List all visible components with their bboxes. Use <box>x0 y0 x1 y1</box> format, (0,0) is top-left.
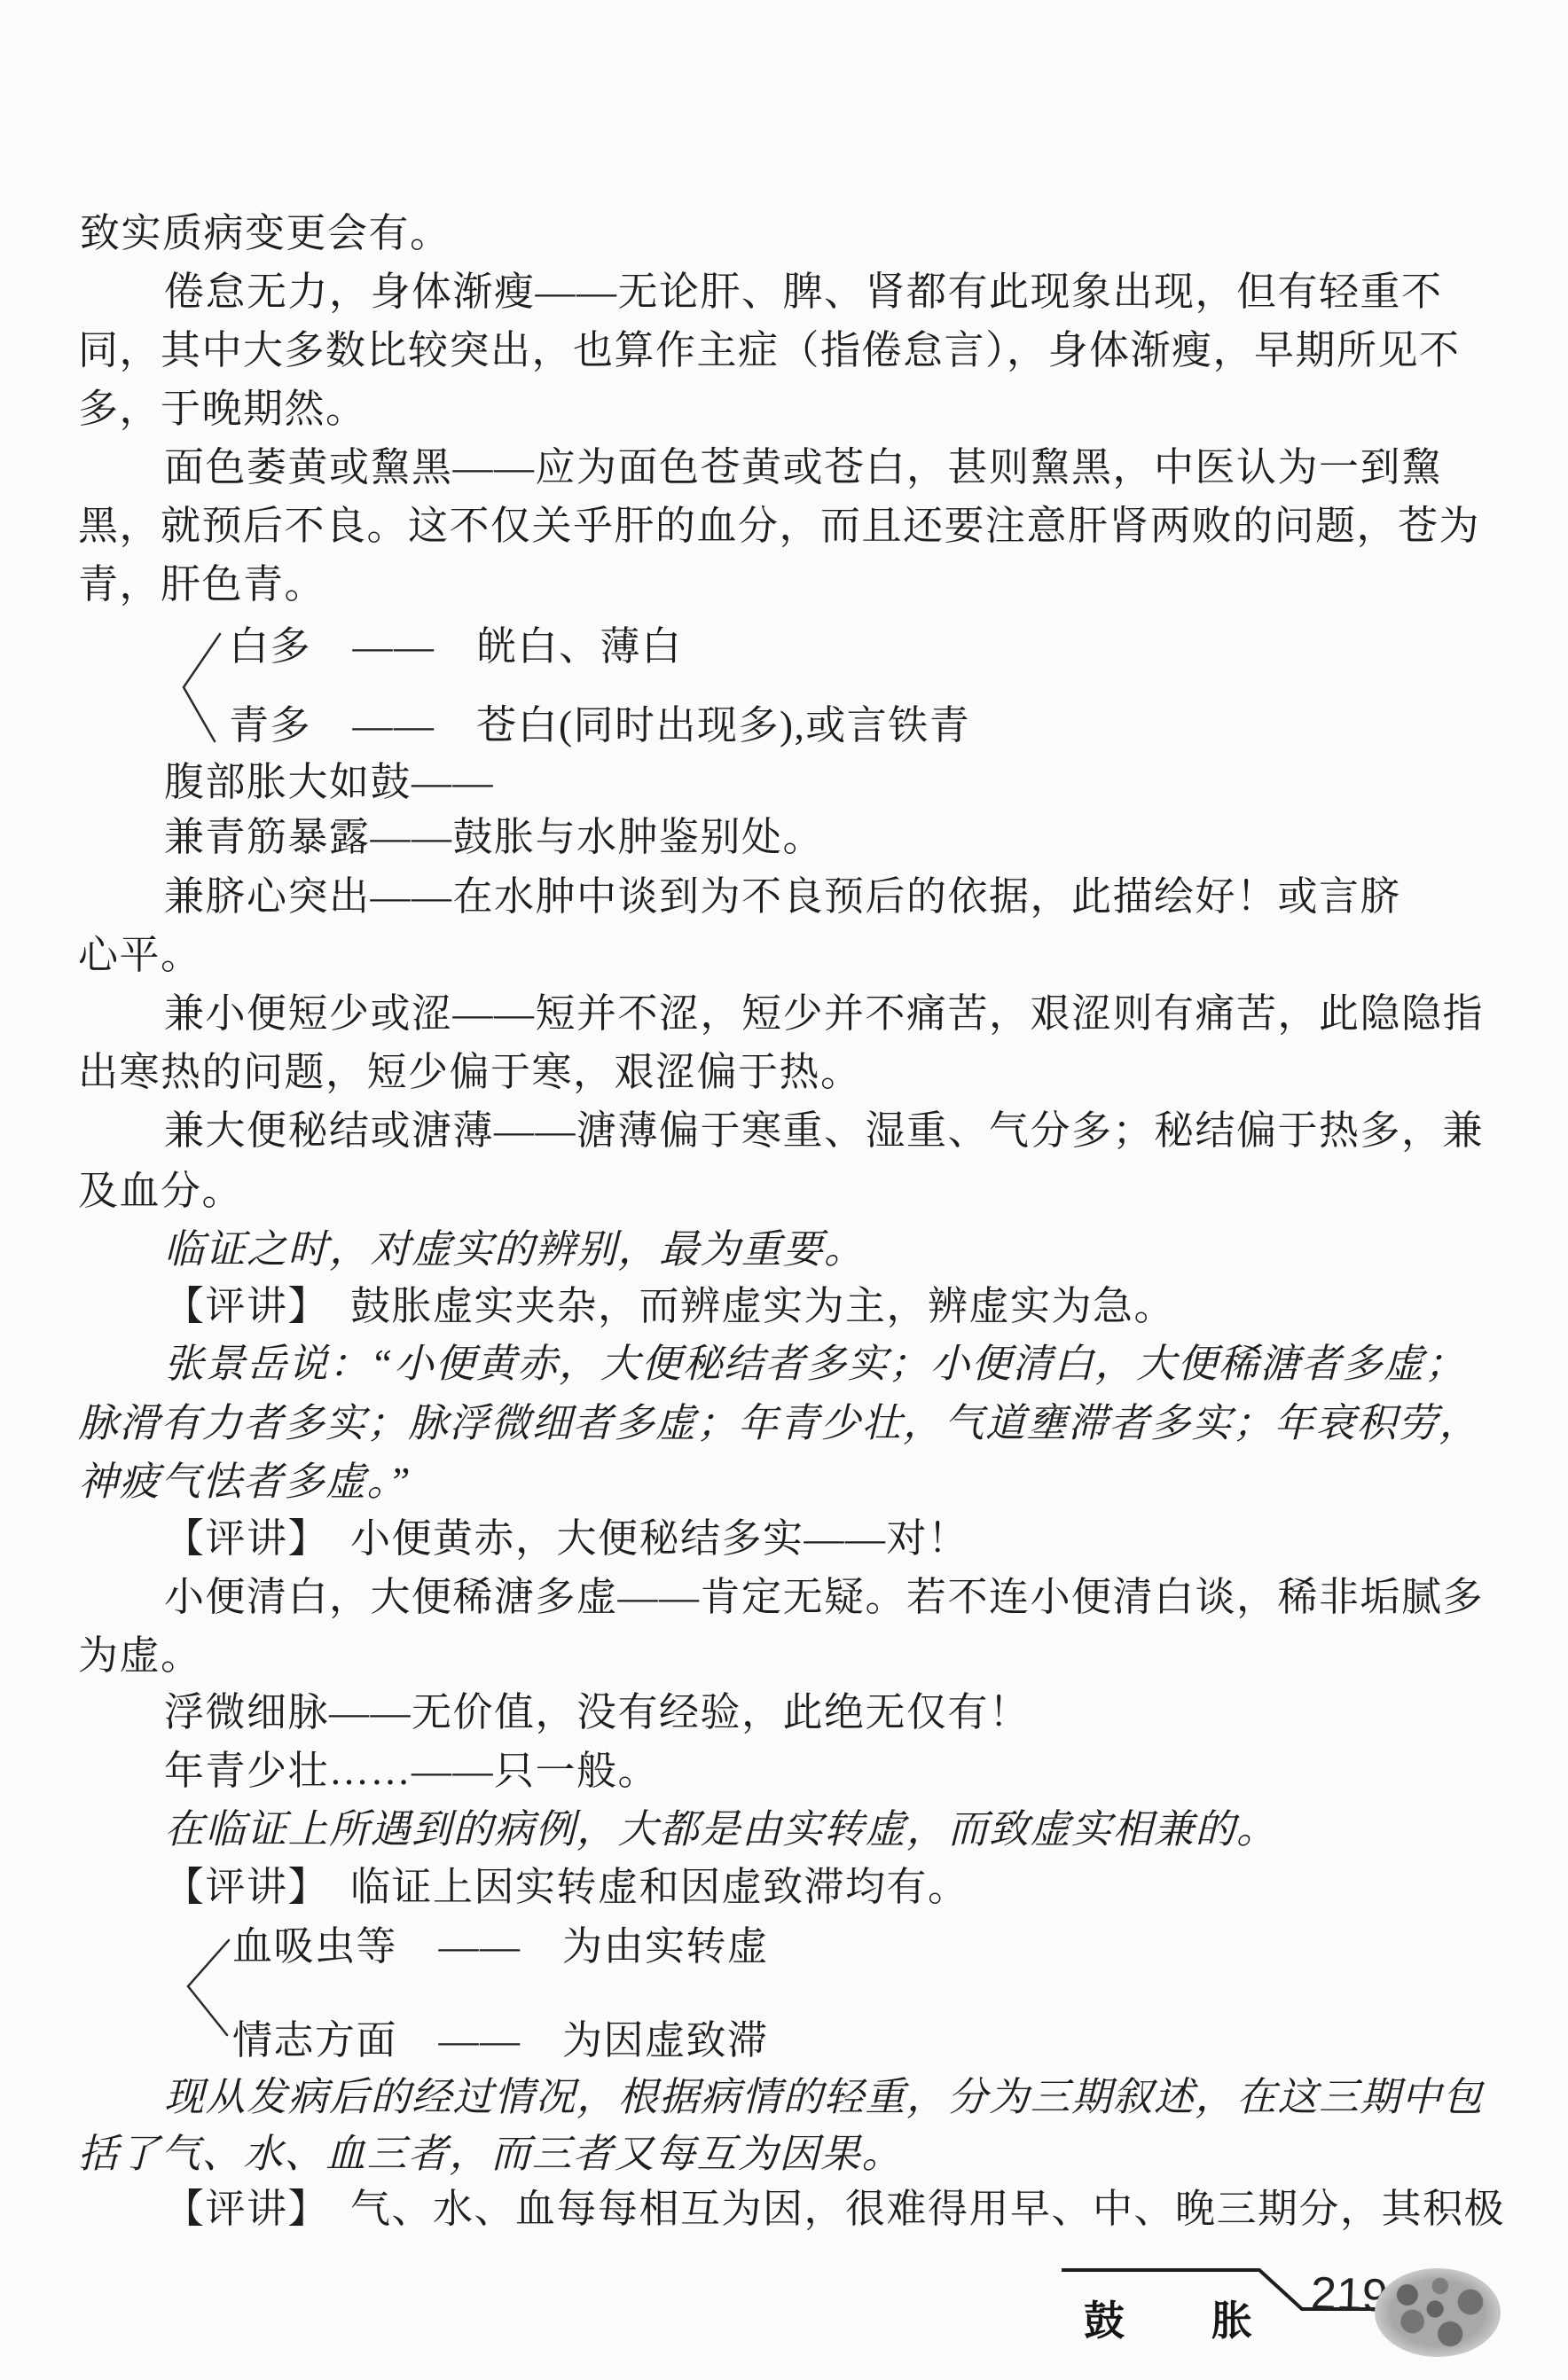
book-page: 致实质病变更会有。倦怠无力，身体渐瘦——无论肝、脾、肾都有此现象出现，但有轻重不… <box>0 0 1568 2380</box>
text-line: 小便清白，大便稀溏多虚——肯定无疑。若不连小便清白谈，稀非垢腻多 <box>164 1575 1484 1621</box>
text-line: 兼小便短少或涩——短并不涩，短少并不痛苦，艰涩则有痛苦，此隐隐指 <box>164 991 1484 1037</box>
text-line: 青，肝色青。 <box>78 562 325 608</box>
text-line: 出寒热的问题，短少偏于寒，艰涩偏于热。 <box>78 1050 862 1096</box>
text-line: 及血分。 <box>78 1169 243 1215</box>
text-line: 心平。 <box>78 933 202 979</box>
text-line: 倦怠无力，身体渐瘦——无论肝、脾、肾都有此现象出现，但有轻重不 <box>164 270 1443 316</box>
text-line: 情志方面 —— 为因虚致滞 <box>232 2018 769 2064</box>
text-line: 血吸虫等 —— 为由实转虚 <box>232 1924 769 1970</box>
text-line: 神疲气怯者多虚。” <box>78 1460 412 1506</box>
text-line: 在临证上所遇到的病例，大都是由实转虚，而致虚实相兼的。 <box>164 1807 1278 1853</box>
text-line: 兼脐心突出——在水肿中谈到为不良预后的依据，此描绘好！或言脐 <box>164 874 1401 920</box>
text-line: 年青少壮……——只一般。 <box>164 1749 659 1795</box>
text-line: 【评讲】 鼓胀虚实夹杂，而辨虚实为主，辨虚实为急。 <box>164 1284 1175 1330</box>
decorative-stamp-icon <box>1375 2268 1501 2357</box>
chapter-title: 鼓 胀 <box>1084 2289 1254 2347</box>
text-line: 兼大便秘结或溏薄——溏薄偏于寒重、湿重、气分多；秘结偏于热多，兼 <box>164 1108 1484 1155</box>
text-line: 脉滑有力者多实；脉浮微细者多虚；年青少壮，气道壅滞者多实；年衰积劳， <box>78 1401 1480 1447</box>
text-line: 黑，就预后不良。这不仅关乎肝的血分，而且还要注意肝肾两败的问题，苍为 <box>78 504 1480 550</box>
text-line: 【评讲】 临证上因实转虚和因虚致滞均有。 <box>164 1865 969 1911</box>
text-line: 白多 —— 㿠白、薄白 <box>229 624 683 670</box>
text-line: 括了气、水、血三者，而三者又每互为因果。 <box>78 2132 903 2178</box>
text-line: 同，其中大多数比较突出，也算作主症（指倦怠言），身体渐瘦，早期所见不 <box>78 328 1461 374</box>
text-line: 兼青筋暴露——鼓胀与水肿鉴别处。 <box>164 815 824 861</box>
text-line: 浮微细脉——无价值，没有经验，此绝无仅有！ <box>164 1690 1031 1736</box>
text-line: 多，于晚期然。 <box>78 387 367 433</box>
text-line: 致实质病变更会有。 <box>80 211 451 257</box>
text-line: 张景岳说：“小便黄赤，大便秘结者多实；小便清白，大便稀溏者多虚； <box>164 1342 1466 1388</box>
text-line: 为虚。 <box>78 1633 202 1679</box>
text-line: 面色萎黄或黧黑——应为面色苍黄或苍白，甚则黧黑，中医认为一到黧 <box>164 445 1443 491</box>
text-line: 临证之时，对虚实的辨别，最为重要。 <box>164 1227 866 1273</box>
text-line: 青多 —— 苍白(同时出现多),或言铁青 <box>229 703 970 749</box>
text-line: 【评讲】 小便黄赤，大便秘结多实——对！ <box>164 1516 969 1562</box>
text-line: 【评讲】 气、水、血每每相互为因，很难得用早、中、晚三期分，其积极 <box>164 2187 1505 2233</box>
text-line: 腹部胀大如鼓—— <box>164 760 494 806</box>
bracket-upper-icon <box>177 625 231 749</box>
text-line: 现从发病后的经过情况，根据病情的轻重，分为三期叙述，在这三期中包 <box>164 2075 1484 2121</box>
bracket-lower-icon <box>182 1935 235 2041</box>
